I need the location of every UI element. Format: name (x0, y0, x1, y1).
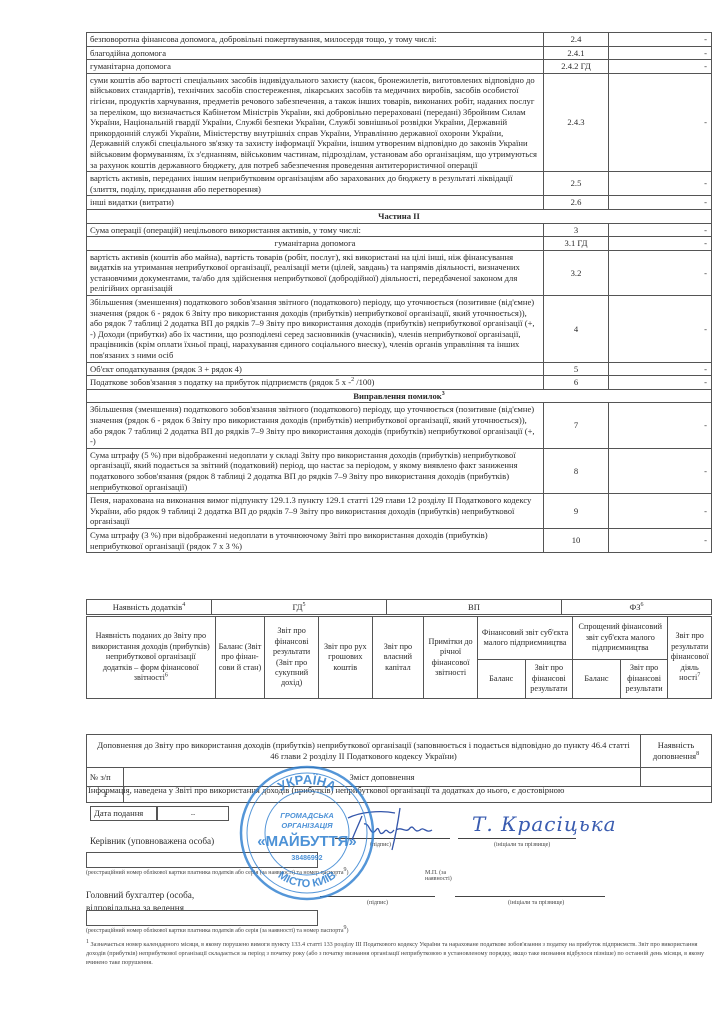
row-value[interactable]: - (609, 172, 712, 196)
row-description: вартість активів, переданих іншим неприб… (87, 172, 544, 196)
row-description: інші видатки (витрати) (87, 196, 544, 210)
row-code: 9 (544, 494, 609, 529)
row-code: 2.5 (544, 172, 609, 196)
row-description: Сума операції (операцій) нецільового вик… (87, 223, 544, 237)
row-code: 7 (544, 403, 609, 448)
attachment-fz[interactable]: ФЗ6 (562, 600, 712, 615)
row-description: Об'єкт оподаткування (рядок 3 + рядок 4) (87, 362, 544, 376)
head-name-line[interactable] (458, 838, 576, 839)
row-value[interactable]: - (609, 237, 712, 251)
row-description: Податкове зобов'язання з податку на приб… (87, 376, 544, 390)
footnote: 1 Зазначається номер календарного місяця… (86, 940, 718, 967)
supplement-presence[interactable]: Наявність доповнення8 (641, 735, 712, 768)
small-balance: Баланс (477, 660, 525, 699)
row-description: Збільшення (зменшення) податкового зобов… (87, 296, 544, 363)
row-value[interactable]: - (609, 33, 712, 47)
svg-text:ОРГАНІЗАЦІЯ: ОРГАНІЗАЦІЯ (281, 821, 333, 830)
row-description: благодійна допомога (87, 46, 544, 60)
head-handwritten-name: Т. Красіцька (472, 812, 617, 836)
col-small-fin: Фінансовий звіт суб'єкта малого підприєм… (477, 617, 572, 660)
accountant-name-line[interactable] (455, 896, 605, 897)
row-value[interactable]: - (609, 494, 712, 529)
table-row: Податкове зобов'язання з податку на приб… (87, 376, 712, 390)
row-code: 10 (544, 528, 609, 552)
supplement-col-content: Зміст доповнення (124, 768, 641, 787)
accountant-reg-number-field[interactable] (86, 910, 318, 926)
report-table: безповоротна фінансова допомога, доброві… (86, 32, 712, 553)
row-code: 4 (544, 296, 609, 363)
row-value[interactable]: - (609, 403, 712, 448)
attachments-label: Наявність додатків4 (87, 600, 212, 615)
table-row: гуманітарна допомога2.4.2 ГД- (87, 60, 712, 74)
row-description: Пеня, нарахована на виконання вимог підп… (87, 494, 544, 529)
seal-place: М.П. (за наявності) (425, 870, 465, 882)
supplement-title: Доповнення до Звіту про використання дох… (87, 735, 641, 768)
attachments-table: Наявність додатків4 ГД5 ВП ФЗ6 (86, 599, 712, 615)
head-label: Керівник (уповноважена особа) (90, 836, 214, 846)
row-description: Збільшення (зменшення) податкового зобов… (87, 403, 544, 448)
row-code: 3.1 ГД (544, 237, 609, 251)
row-description: Сума штрафу (5 %) при відображенні недоп… (87, 448, 544, 493)
row-value[interactable]: - (609, 362, 712, 376)
table-row: Збільшення (зменшення) податкового зобов… (87, 296, 712, 363)
row-value[interactable]: - (609, 376, 712, 390)
row-value[interactable]: - (609, 73, 712, 171)
row-code: 5 (544, 362, 609, 376)
row-code: 2.4 (544, 33, 609, 47)
table-row: Об'єкт оподаткування (рядок 3 + рядок 4)… (87, 362, 712, 376)
row-code: 2.6 (544, 196, 609, 210)
section-corrections: Виправлення помилок3 (87, 389, 712, 403)
svg-text:ГРОМАДСЬКА: ГРОМАДСЬКА (280, 811, 334, 820)
table-row: Сума штрафу (3 %) при відображенні недоп… (87, 528, 712, 552)
row-value[interactable]: - (609, 448, 712, 493)
svg-text:«МАЙБУТТЯ»: «МАЙБУТТЯ» (257, 832, 356, 850)
row-description: гуманітарна допомога (87, 237, 544, 251)
table-row: безповоротна фінансова допомога, доброві… (87, 33, 712, 47)
svg-text:38486992: 38486992 (291, 855, 322, 862)
row-code: 2.4.3 (544, 73, 609, 171)
row-value[interactable]: - (609, 250, 712, 295)
row-description: гуманітарна допомога (87, 60, 544, 74)
table-row: Сума штрафу (5 %) при відображенні недоп… (87, 448, 712, 493)
row-code: 6 (544, 376, 609, 390)
col-equity: Звіт про власний капітал (372, 617, 424, 699)
row-code: 3 (544, 223, 609, 237)
col-balance: Баланс (Звіт про фінан-сови й стан) (215, 617, 265, 699)
row-value[interactable]: - (609, 528, 712, 552)
fin-statements-label: Наявність поданих до Звіту про використа… (87, 617, 216, 699)
small-fin-results: Звіт про фінансові результати (525, 660, 573, 699)
col-simplified-fin: Спрощений фінансовий звіт суб'єкта малог… (573, 617, 668, 660)
row-value[interactable]: - (609, 46, 712, 60)
row-value[interactable]: - (609, 60, 712, 74)
date-label: Дата подання (90, 806, 157, 821)
row-description: Сума штрафу (3 %) при відображенні недоп… (87, 528, 544, 552)
svg-text:МІСТО КИЇВ: МІСТО КИЇВ (276, 869, 339, 890)
table-row: Пеня, нарахована на виконання вимог підп… (87, 494, 712, 529)
table-row: суми коштів або вартості спеціальних зас… (87, 73, 712, 171)
table-row: Збільшення (зменшення) податкового зобов… (87, 403, 712, 448)
col-fin-results: Звіт про фінансові результати (Звіт про … (265, 617, 319, 699)
attachment-vp[interactable]: ВП (387, 600, 562, 615)
simplified-balance: Баланс (573, 660, 621, 699)
row-description: безповоротна фінансова допомога, доброві… (87, 33, 544, 47)
supplement-col-num: № з/п (87, 768, 124, 787)
table-row: благодійна допомога2.4.1- (87, 46, 712, 60)
table-row: вартість активів, переданих іншим неприб… (87, 172, 712, 196)
simplified-fin-results: Звіт про фінансові результати (620, 660, 668, 699)
attachment-gd[interactable]: ГД5 (212, 600, 387, 615)
row-code: 2.4.1 (544, 46, 609, 60)
row-code: 8 (544, 448, 609, 493)
fin-statements-table: Наявність поданих до Звіту про використа… (86, 616, 712, 699)
row-code: 3.2 (544, 250, 609, 295)
date-field[interactable]: .. (157, 806, 229, 821)
table-row: вартість активів (коштів або майна), вар… (87, 250, 712, 295)
row-value[interactable]: - (609, 223, 712, 237)
col-cash-flow: Звіт про рух грошових коштів (318, 617, 372, 699)
row-value[interactable]: - (609, 196, 712, 210)
row-code: 2.4.2 ГД (544, 60, 609, 74)
col-notes: Примітки до річної фінансової звітності (424, 617, 478, 699)
table-row: інші видатки (витрати)2.6- (87, 196, 712, 210)
table-row: Сума операції (операцій) нецільового вик… (87, 223, 712, 237)
organization-stamp-icon: УКРАЇНА МІСТО КИЇВ ГРОМАДСЬКА ОРГАНІЗАЦІ… (238, 764, 376, 902)
row-value[interactable]: - (609, 296, 712, 363)
table-row: гуманітарна допомога3.1 ГД- (87, 237, 712, 251)
section-part-2: Частина II (87, 209, 712, 223)
row-description: вартість активів (коштів або майна), вар… (87, 250, 544, 295)
row-description: суми коштів або вартості спеціальних зас… (87, 73, 544, 171)
col-activity-results: Звіт про результати фінансової діяль нос… (668, 617, 712, 699)
